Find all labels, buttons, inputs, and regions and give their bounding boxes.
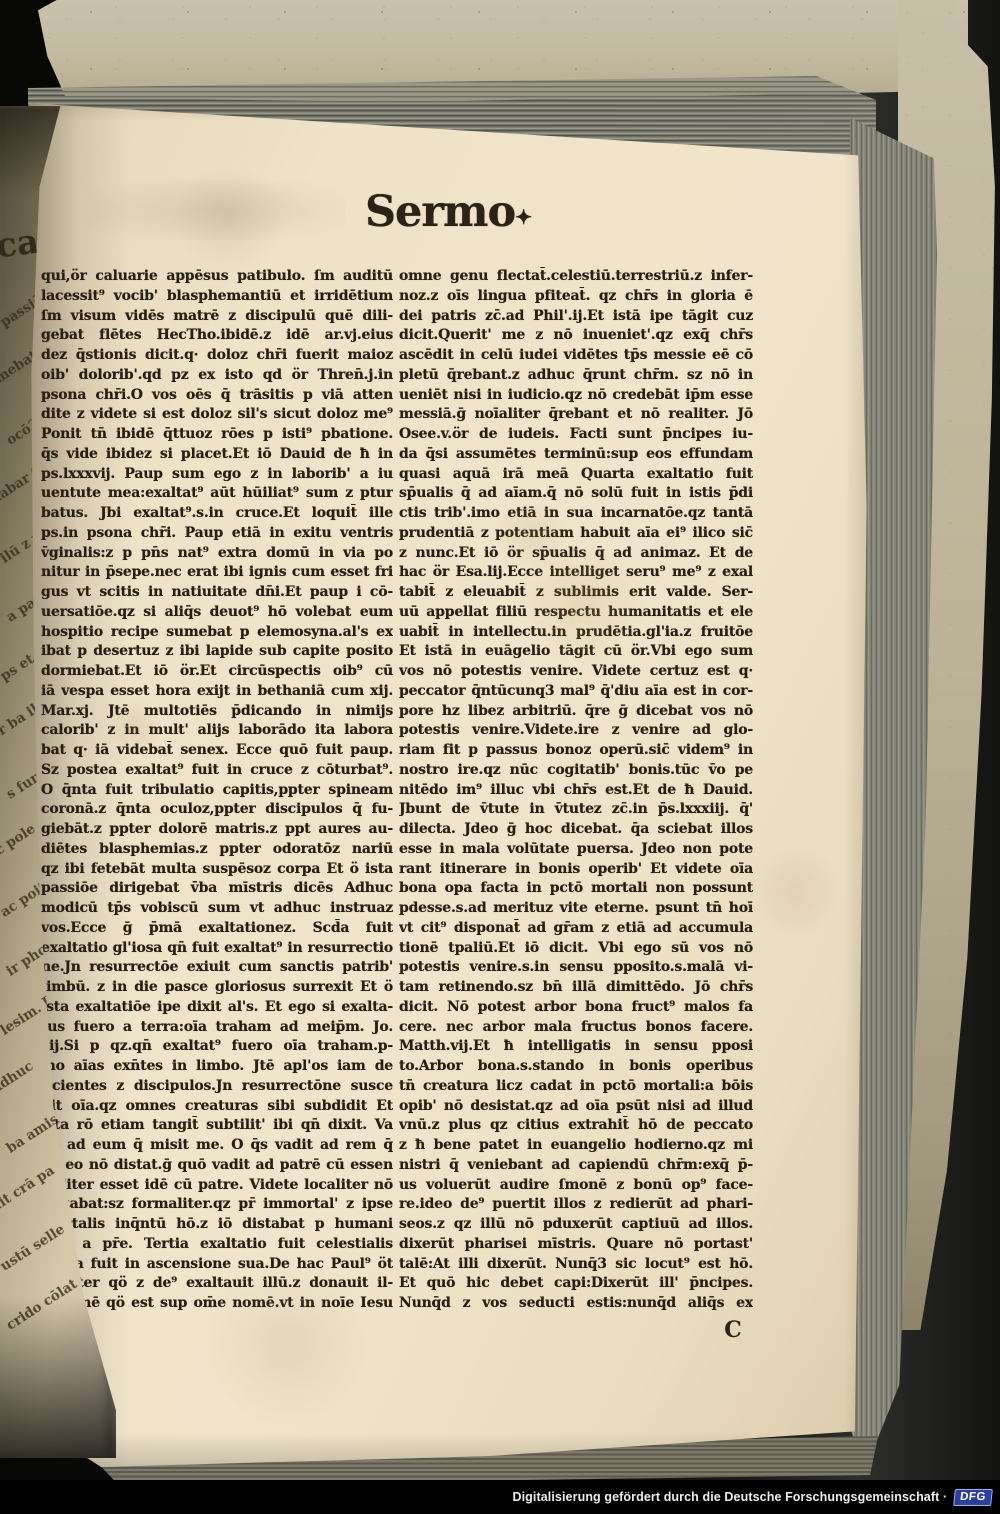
text-line: ista exaltatiōe ipe dixit al's. Et ego s…	[41, 998, 393, 1018]
text-line: hospitio recipe sumebat p elemosyna.al's…	[41, 623, 393, 643]
text-line: ficientes z discipulos.Jn resurrectōne s…	[41, 1077, 393, 1097]
text-line: O q̄nta fuit tribulatio capitis,ppter sp…	[41, 781, 393, 801]
text-line: Et istā in euāgelio tāgit cū ör.Vbi ego …	[399, 642, 753, 662]
text-line: limbū. z in die pasce gloriosus surrexit…	[41, 978, 393, 998]
text-line: pit oīa.qz omnes creaturas sibi subdidit…	[41, 1097, 393, 1117]
text-line: psona chr̄i.O vos oēs q̄ trāsitis p viā …	[41, 386, 393, 406]
page-title: Sermo✦	[343, 187, 553, 237]
text-line: dilecta. Jdeo ḡ hoc dicebat. q̄a sciebat…	[399, 820, 753, 840]
text-line: pdesse.s.ad merituz vite eterne. psunt t…	[399, 899, 753, 919]
text-line: seos.z qz illū nō pduxerūt captiuū ad il…	[399, 1215, 753, 1235]
text-line: dormiebat.Et iō ör.Et circūspectis oib⁹ …	[41, 662, 393, 682]
text-line: to.Arbor bona.s.stando in bonis operibus	[399, 1057, 753, 1077]
text-line: iā vespa esset hora exijt in bethaniā cu…	[41, 682, 393, 702]
text-line: ſm visum vidēs matrē z discipulū quē dil…	[41, 307, 393, 327]
text-line: mortalis inq̄ntū hō.z iō distabat p huma…	[41, 1215, 393, 1235]
text-line: Matth.vij.Et ħ intelligatis in sensu ppo…	[399, 1037, 753, 1057]
text-line: pletū q̄rebant.z adhuc q̄runt chr̄m. sz …	[399, 366, 753, 386]
text-line: ueniēt nisi in iudicio.qz nō credebāt ip…	[399, 386, 753, 406]
text-line: dite z videte si est doloz sil's sicut d…	[41, 405, 393, 425]
text-line: li nomē qö est sup om̄e nomē.vt in noīe …	[41, 1294, 393, 1314]
text-line: cere. nec arbor mala fructus bonos facer…	[399, 1018, 753, 1038]
text-line: modicū tp̄s vobiscū sum vt adhuc instrua…	[41, 899, 393, 919]
text-line: vnū.z plus qz citius extrahit̄ hō de pec…	[399, 1116, 753, 1136]
text-line: ctis trib'.imo etiā in sua incarnatōe.qz…	[399, 504, 753, 524]
text-column-left: qui,ör caluarie appēsus patibulo. ſm aud…	[41, 267, 393, 1315]
text-line: ps.lxxxvij. Paup sum ego z in laborib' a…	[41, 465, 393, 485]
text-line: uabit̄ in intellectu.in prudētia.gl'ia.z…	[399, 623, 753, 643]
text-line: mo aīas exn̄tes in limbo. Jtē apl'os iam…	[41, 1057, 393, 1077]
text-line: do ad eum q̄ misit me. O q̄s vadit ad re…	[41, 1136, 393, 1156]
text-line: xij.Si p qz.qn̄ exaltat⁹ fuero oīa traha…	[41, 1037, 393, 1057]
text-line: exaltatio gl'iosa qn̄ fuit exaltat⁹ in r…	[41, 939, 393, 959]
text-line: z ista fuit in ascensione sua.De hac Pau…	[41, 1255, 393, 1275]
text-line: ps.in psona chr̄i. Paup etiā in exitu ve…	[41, 524, 393, 544]
text-line: dez q̄stionis dicit.q· doloz chr̄i fueri…	[41, 346, 393, 366]
text-line: pore hz libez arbitriū. q̄re ḡ dicebat v…	[399, 702, 753, 722]
text-line: noz.z oīs lingua pfiteat̄. qz chr̄s in g…	[399, 287, 753, 307]
text-line: uentute mea:exaltat⁹ aūt hūiliat⁹ sum z …	[41, 484, 393, 504]
text-line: Ponit tn̄ ibidē q̄ttuoz rōes p isti⁹ pba…	[41, 425, 393, 445]
ink-bleed-smudge	[85, 180, 345, 240]
text-line: diētes blasphemias.z ppter odoratōz nari…	[41, 840, 393, 860]
text-column-right: omne genu flectat̄.celestiū.terrestriū.z…	[399, 267, 753, 1315]
text-line: ne.Jn resurrectōe exiuit cum sanctis pat…	[41, 958, 393, 978]
text-line: gus vt scitis in natiuitate dn̄i.Et paup…	[41, 583, 393, 603]
text-line: uersatiōe.qz si aliq̄s deuot⁹ hō volebat…	[41, 603, 393, 623]
text-line: prudentiā z potentiam habuit aīa ei⁹ ili…	[399, 524, 753, 544]
page-title-text: Sermo	[365, 187, 515, 237]
text-line: quasi aquā irā meā Quarta exaltatio fuit	[399, 465, 753, 485]
text-line: nitur in p̄sepe.nec erat ibi ignis cum e…	[41, 563, 393, 583]
text-line: Nunq̄d z vos seducti estis:nunq̄d aliq̄s…	[399, 1294, 753, 1314]
footer-bar: Digitalisierung gefördert durch die Deut…	[0, 1480, 1000, 1514]
text-line: omne genu flectat̄.celestiū.terrestriū.z…	[399, 267, 753, 287]
text-line: tialiter esset idē cū patre. Videte loca…	[41, 1176, 393, 1196]
text-line: Propter qö z de⁹ exaltauit illū.z donaui…	[41, 1274, 393, 1294]
text-line: esse in mala volūtate puersa. Jdeo non p…	[399, 840, 753, 860]
text-line: us voluerūt audire ſmonē z bonū op⁹ face…	[399, 1176, 753, 1196]
text-line: peccator q̄ntūcunq3 mal⁹ q̄'diu aīa est …	[399, 682, 753, 702]
text-line: vt cit⁹ disponat̄ ad gr̄am z etiā ad acc…	[399, 919, 753, 939]
text-line: tabit̄ z eleuabit̄ z sublimis erit valde…	[399, 583, 753, 603]
text-line: dixerūt pharisei mīstris. Quare nō porta…	[399, 1235, 753, 1255]
text-line: vos.Ecce ḡ p̄mā exaltationez. Scd̄a fuit	[41, 919, 393, 939]
text-line: ab eo nō distat.ḡ quō vadit ad patrē cū …	[41, 1156, 393, 1176]
text-line: da q̄si assumētes terminū:sup eos effund…	[399, 445, 753, 465]
dfg-logo: DFG	[953, 1489, 993, 1506]
text-line: passiōe dirigebat v̄ba mīstris dicēs Adh…	[41, 879, 393, 899]
text-line: tam retinendo.sz bn̄ illā dimittēdo. Jō …	[399, 978, 753, 998]
text-line: dicit.Querit' me z nō inueniet'.qz exq̄ …	[399, 326, 753, 346]
text-line: distabat:sz formaliter.qz pr̄ immortal' …	[41, 1195, 393, 1215]
text-line: gebat flētes HecTho.ibidē.z idē ar.vj.ei…	[41, 326, 393, 346]
text-line: vos nō potestis venire. Videte certuz es…	[399, 662, 753, 682]
title-ornament: ✦	[515, 205, 531, 229]
text-line: Et quō hic debet capi:Dixerūt ill' p̄nci…	[399, 1274, 753, 1294]
text-line: ascēdit in celū iudei vidētes tp̄s messi…	[399, 346, 753, 366]
text-line: nistri q̄ veniebant ad capiendū chr̄m:ex…	[399, 1156, 753, 1176]
text-line: z ħ bene patet in euangelio hodierno.qz …	[399, 1136, 753, 1156]
text-line: calorib' z in mult' alijs laborādo ita l…	[41, 721, 393, 741]
text-line: tionē tpaliū.Et iō dicit. Vbi ego sū vos…	[399, 939, 753, 959]
text-line: riam fit p passus bonoz operū.sic̄ videm…	[399, 741, 753, 761]
text-line: Sz postea exaltat⁹ fuit in cruce z cōtur…	[41, 761, 393, 781]
text-line: re.ideo de⁹ puertit illos z redierūt ad …	[399, 1195, 753, 1215]
text-line: Mar.xj. Jtē multotiēs p̄dicando in nimij…	[41, 702, 393, 722]
text-line: potestis venire.s.in sensu pposito.s.mal…	[399, 958, 753, 978]
text-line: nitēdo im⁹ illuc vbi chr̄s est.Et de ħ D…	[399, 781, 753, 801]
text-line: potestis venire.Videte.ire z venire ad g…	[399, 721, 753, 741]
text-line: qui,ör caluarie appēsus patibulo. ſm aud…	[41, 267, 393, 287]
text-line: batus. Jbi exaltat⁹.s.in cruce.Et loquit…	[41, 504, 393, 524]
text-line: coronā.z q̄nta oculoz,ppter discipulos q…	[41, 800, 393, 820]
text-line: tatē a pr̄e. Tertia exaltatio fuit celes…	[41, 1235, 393, 1255]
text-line: talē:At illi dixerūt. Nunq̄3 sic locut⁹ …	[399, 1255, 753, 1275]
text-line: rant itinerare in bonis operib' Et videt…	[399, 860, 753, 880]
text-line: bat q· iā videbat̄ senex. Ecce quō fuit …	[41, 741, 393, 761]
text-line: oib' dolorib'.qd pz ex isto qd ör Thren̄…	[41, 366, 393, 386]
text-line: giebāt.z ppter dolorē matris.z ppt aures…	[41, 820, 393, 840]
text-line: dicit. Nō potest arbor bona fruct⁹ malos…	[399, 998, 753, 1018]
text-line: tus fuero a terra:oīa traham ad meip̄m. …	[41, 1018, 393, 1038]
text-line: uū appellat filiū respectu humanitatis e…	[399, 603, 753, 623]
text-line: ibat p desertuz z ibi lapide sub capite …	[41, 642, 393, 662]
book-page: Sermo✦ qui,ör caluarie appēsus patibulo.…	[25, 95, 870, 1467]
text-line: Osee.v.ör de iudeis. Facti sunt p̄ncipes…	[399, 425, 753, 445]
signature-mark: C	[713, 1317, 753, 1343]
text-line: qz ibi fetebāt multa suspēsoz corpa Et ö…	[41, 860, 393, 880]
text-line: tn̄ creatura licz cadat in pctō mortali:…	[399, 1077, 753, 1097]
text-line: sp̄ualis q̄ ad aīam.q̄ nō solū fuit in i…	[399, 484, 753, 504]
text-line: dei patris zc̄.ad Phil'.ij.Et istā ipe t…	[399, 307, 753, 327]
text-line: q̄s vide ibidez si placet.Et iō Dauid de…	[41, 445, 393, 465]
text-line: Jbunt de v̄tute in v̄tutez zc̄.in p̄s.lx…	[399, 800, 753, 820]
text-line: hac ör Esa.lij.Ecce intelliget seru⁹ me⁹…	[399, 563, 753, 583]
text-line: z nunc.Et iō ör sp̄ualis q̄ ad animaz. E…	[399, 544, 753, 564]
text-line: messiā.ḡ noīaliter q̄rebant et nō realit…	[399, 405, 753, 425]
text-line: opib' nō desistat.qz ad oīa psūt nisi ad…	[399, 1097, 753, 1117]
book-scan: Sermo✦ qui,ör caluarie appēsus patibulo.…	[0, 0, 1000, 1514]
text-line: ista rō etiam tangit̄ subtilit' ibi qn̄ …	[41, 1116, 393, 1136]
text-line: nostro ire.qz nūc cogitatib' bonis.tūc v…	[399, 761, 753, 781]
text-line: lacessit⁹ vocib' blasphemantiū et irridē…	[41, 287, 393, 307]
text-line: bona opa facta in pctō mortali non possu…	[399, 879, 753, 899]
footer-credit-text: Digitalisierung gefördert durch die Deut…	[512, 1490, 947, 1504]
text-line: v̄ginalis:z p pn̄s nat⁹ extra domū in vi…	[41, 544, 393, 564]
